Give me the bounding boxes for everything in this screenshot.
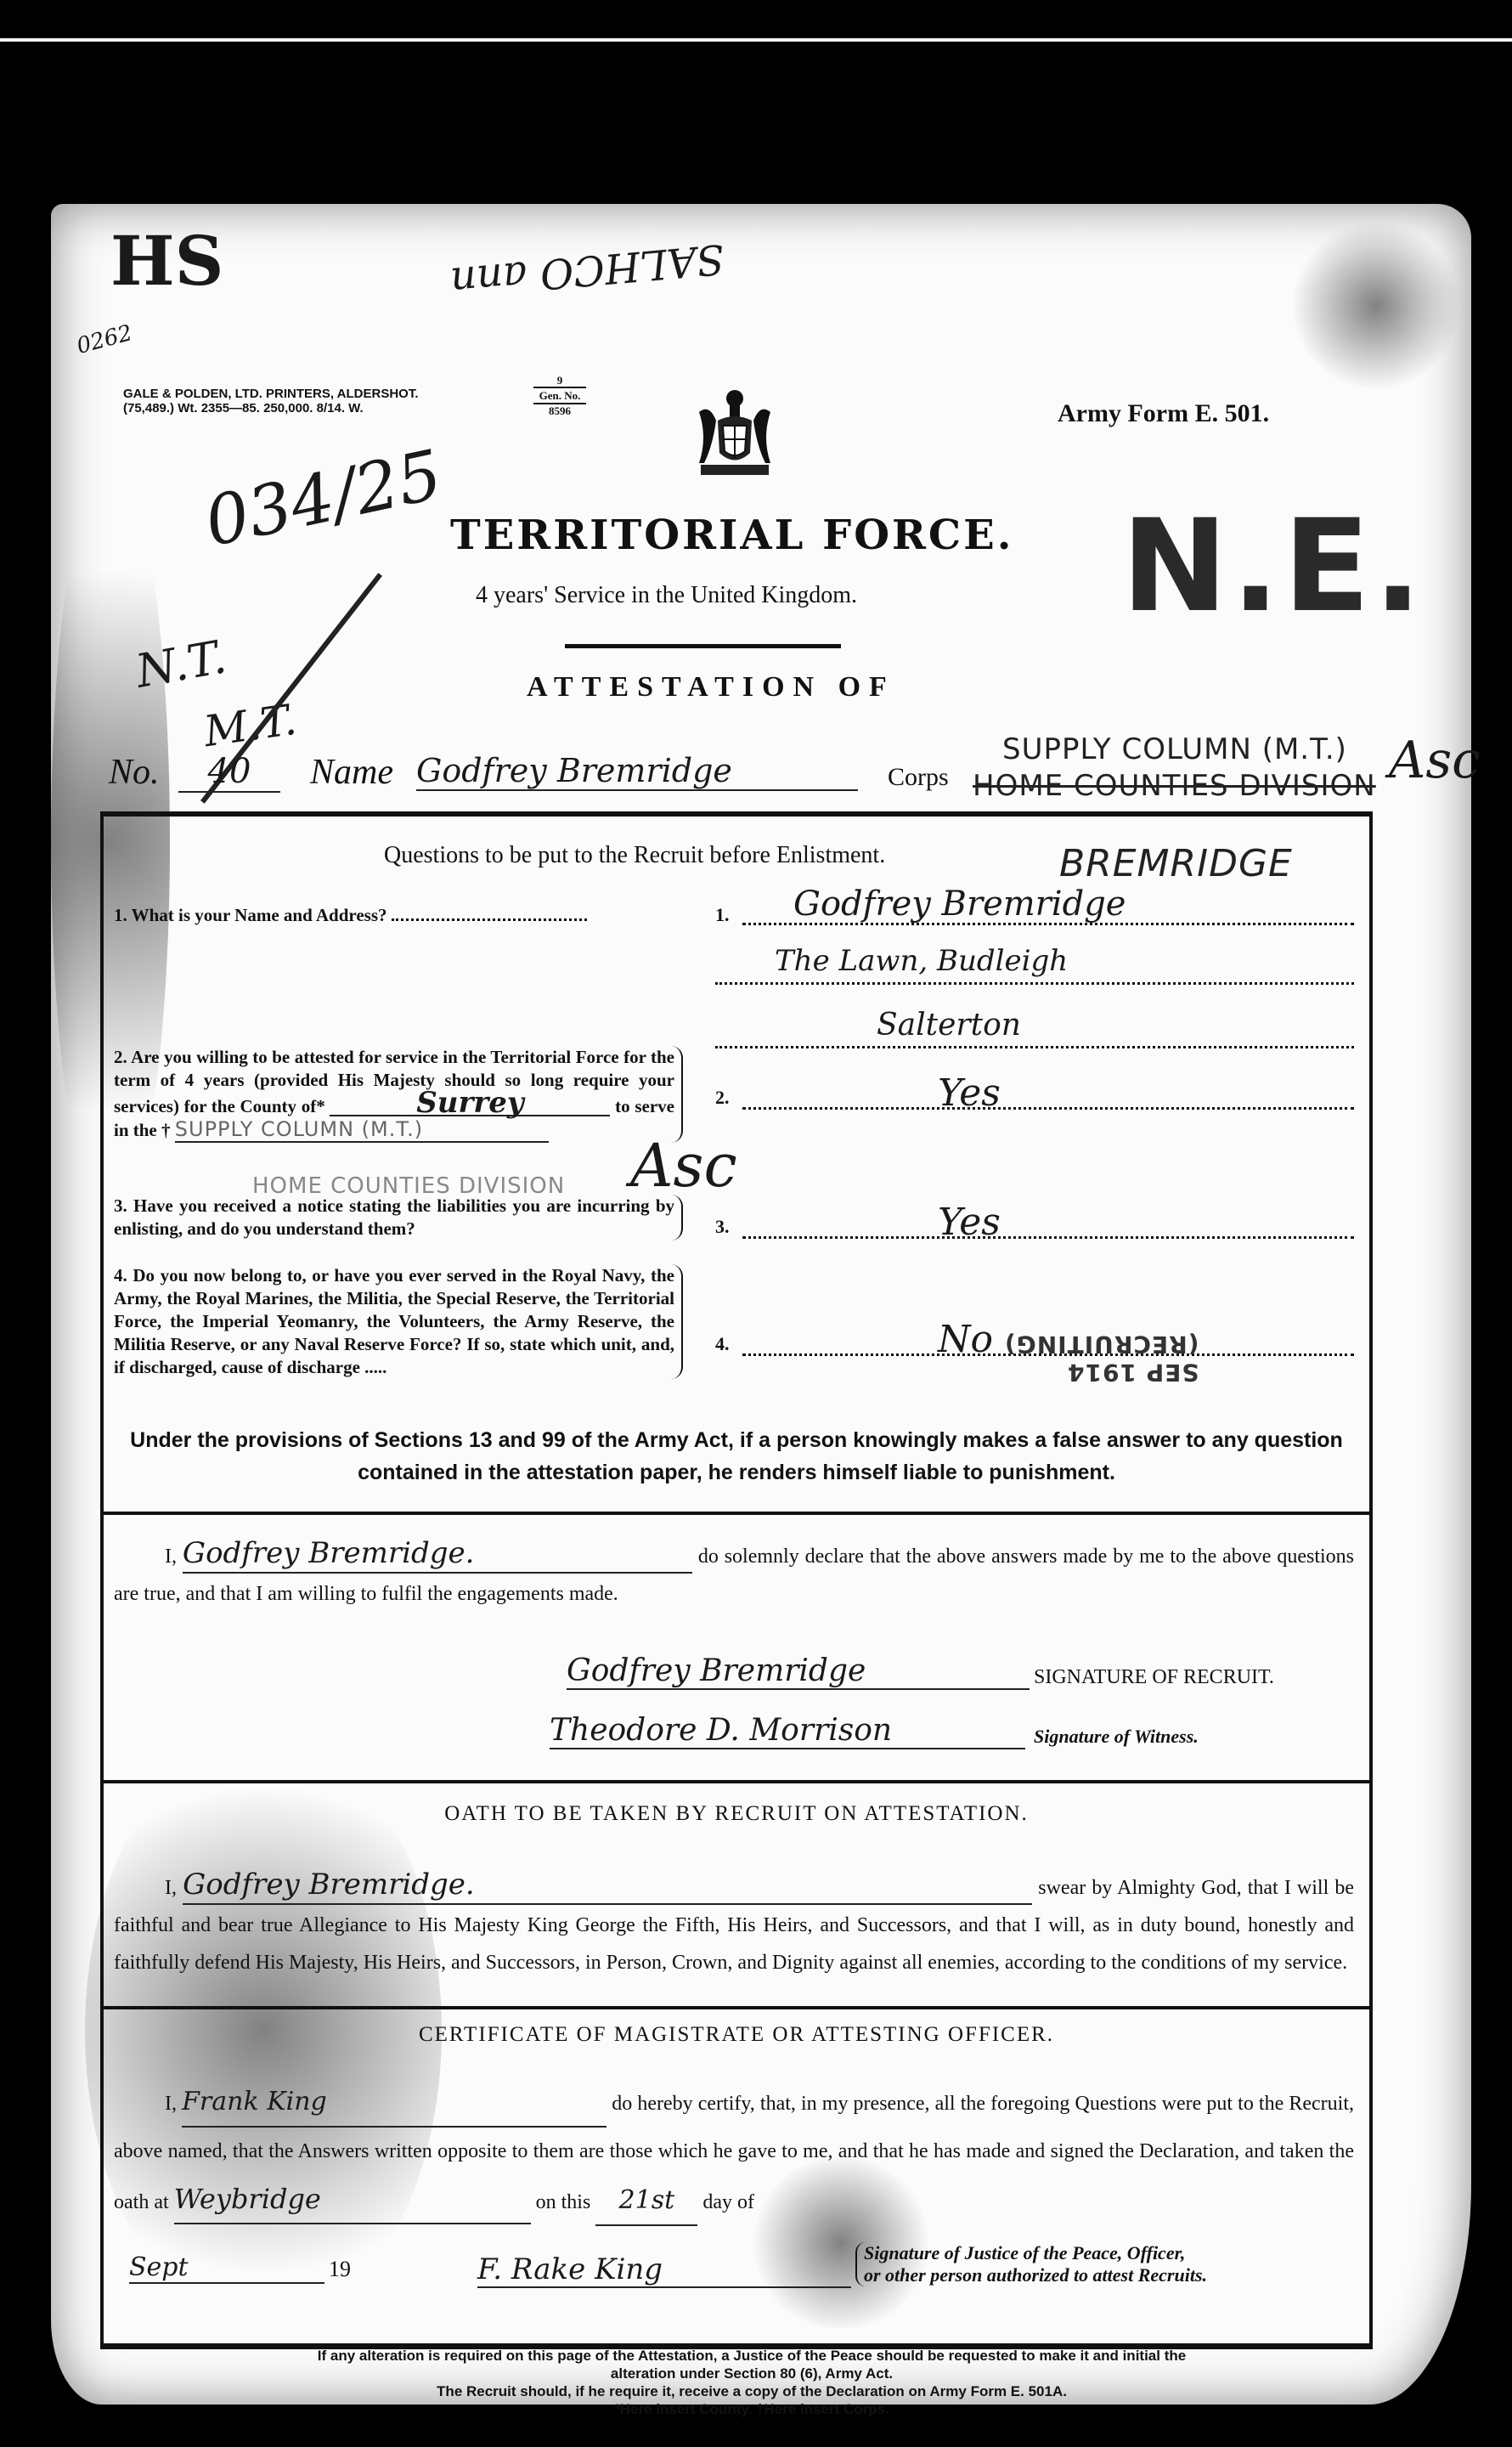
form-title: TERRITORIAL FORCE. xyxy=(450,511,1013,559)
section-divider xyxy=(104,1780,1369,1783)
margin-annotation-hs: HS xyxy=(110,221,223,301)
answer-1-line-1: Godfrey Bremridge xyxy=(742,884,1354,925)
ne-stamp: N.E. xyxy=(1121,493,1425,641)
question-4: 4. Do you now belong to, or have you eve… xyxy=(114,1264,683,1379)
surname-block-capitals: BREMRIDGE xyxy=(1059,842,1293,885)
officer-signature: F. Rake King xyxy=(477,2252,851,2288)
corps-stamp-line-2: HOME COUNTIES DIVISION xyxy=(973,769,1376,803)
question-1: 1. What is your Name and Address? xyxy=(114,904,657,927)
recruit-signature-label: SIGNATURE OF RECRUIT. xyxy=(1034,1666,1274,1689)
footer-notes: If any alteration is required on this pa… xyxy=(127,2347,1376,2418)
month-field: Sept xyxy=(129,2252,324,2284)
year-prefix: 19 xyxy=(329,2257,351,2282)
witness-signature-label: Signature of Witness. xyxy=(1034,1726,1199,1748)
answer-3: Yes xyxy=(742,1201,1354,1239)
printer-line-2: (75,489.) Wt. 2355—85. 250,000. 8/14. W. xyxy=(123,401,419,415)
answer-1-line-3: Salterton xyxy=(715,1008,1354,1048)
false-answer-warning: Under the provisions of Sections 13 and … xyxy=(121,1424,1352,1489)
name-label: Name xyxy=(310,752,393,793)
answer-1-line-2: The Lawn, Budleigh xyxy=(715,944,1354,985)
printer-imprint: GALE & POLDEN, LTD. PRINTERS, ALDERSHOT.… xyxy=(123,387,419,415)
scan-edge-line xyxy=(0,38,1512,42)
oath-heading: OATH TO BE TAKEN BY RECRUIT ON ATTESTATI… xyxy=(104,1802,1369,1826)
royal-coat-of-arms-icon xyxy=(692,387,777,480)
recruit-signature: Godfrey Bremridge xyxy=(567,1653,1030,1690)
certificate-text: I, Frank King do hereby certify, that, i… xyxy=(114,2078,1354,2226)
no-label: No. xyxy=(109,752,160,793)
name-field: Godfrey Bremridge xyxy=(416,752,858,791)
questions-heading: Questions to be put to the Recruit befor… xyxy=(384,842,885,869)
attestation-heading: ATTESTATION OF xyxy=(527,671,895,704)
gen-number: 9 Gen. No. 8596 xyxy=(533,374,586,417)
section-divider xyxy=(104,1512,1369,1515)
witness-signature: Theodore D. Morrison xyxy=(550,1713,1025,1749)
form-identifier: Army Form E. 501. xyxy=(1058,399,1269,428)
unit-annotation: Asc xyxy=(630,1131,737,1201)
corps-margin-annotation: Asc xyxy=(1389,731,1481,790)
question-2: 2. Are you willing to be attested for se… xyxy=(114,1046,683,1143)
corps-stamp-line-1: SUPPLY COLUMN (M.T.) xyxy=(1002,732,1347,766)
certificate-heading: CERTIFICATE OF MAGISTRATE OR ATTESTING O… xyxy=(104,2023,1369,2047)
answer-2: Yes xyxy=(742,1071,1354,1110)
title-rule xyxy=(565,644,841,648)
printer-line-1: GALE & POLDEN, LTD. PRINTERS, ALDERSHOT. xyxy=(123,387,419,401)
corps-label: Corps xyxy=(888,763,949,792)
stain xyxy=(1291,221,1461,391)
oath-text: I, Godfrey Bremridge. swear by Almighty … xyxy=(114,1866,1354,1981)
date-stamp: SEP 1914 (RECRUITING) xyxy=(1004,1331,1199,1387)
section-divider xyxy=(104,2006,1369,2009)
declaration: I, Godfrey Bremridge. do solemnly declar… xyxy=(114,1534,1354,1613)
question-3: 3. Have you received a notice stating th… xyxy=(114,1195,683,1240)
no-field: 40 xyxy=(178,752,280,793)
attestation-box: Questions to be put to the Recruit befor… xyxy=(100,811,1373,2349)
officer-signature-label: Signature of Justice of the Peace, Offic… xyxy=(855,2242,1207,2286)
form-subtitle: 4 years' Service in the United Kingdom. xyxy=(476,582,857,609)
